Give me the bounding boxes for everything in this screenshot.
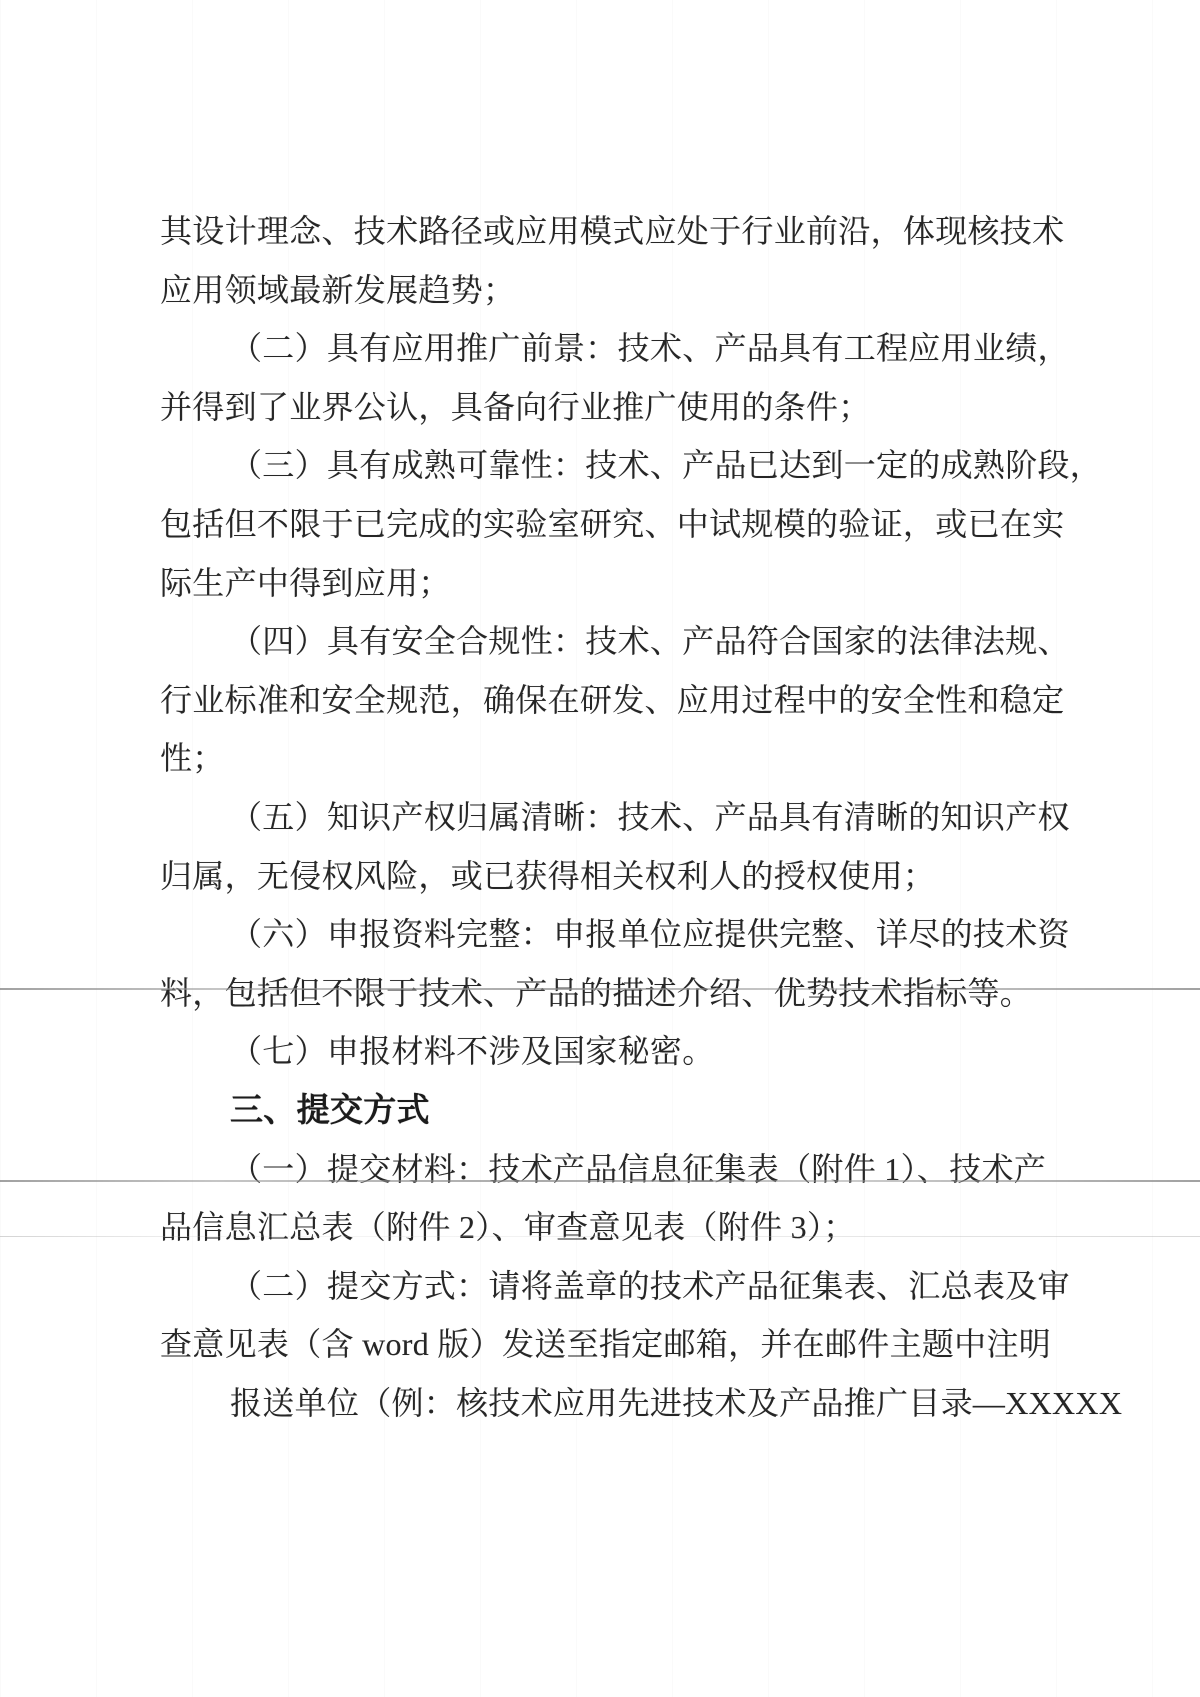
text-line: （七）申报材料不涉及国家秘密。 [160,1022,1065,1081]
text-line: （三）具有成熟可靠性：技术、产品已达到一定的成熟阶段， [160,436,1065,495]
text-line: 性； [160,729,1065,788]
text-line: （一）提交材料：技术产品信息征集表（附件 1）、技术产 [160,1140,1065,1199]
text-line: （二）提交方式：请将盖章的技术产品征集表、汇总表及审 [160,1257,1065,1316]
scanned-document-page: 其设计理念、技术路径或应用模式应处于行业前沿，体现核技术 应用领域最新发展趋势；… [0,0,1200,1697]
text-line: 报送单位（例：核技术应用先进技术及产品推广目录—XXXXX [160,1374,1065,1433]
text-line: 归属，无侵权风险，或已获得相关权利人的授权使用； [160,847,1065,906]
text-line: （四）具有安全合规性：技术、产品符合国家的法律法规、 [160,612,1065,671]
text-line: 应用领域最新发展趋势； [160,261,1065,320]
text-line: 料，包括但不限于技术、产品的描述介绍、优势技术指标等。 [160,964,1065,1023]
text-line: 行业标准和安全规范，确保在研发、应用过程中的安全性和稳定 [160,671,1065,730]
text-line: 其设计理念、技术路径或应用模式应处于行业前沿，体现核技术 [160,202,1065,261]
text-line: （二）具有应用推广前景：技术、产品具有工程应用业绩， [160,319,1065,378]
text-line: 查意见表（含 word 版）发送至指定邮箱，并在邮件主题中注明 [160,1315,1065,1374]
section-heading: 三、提交方式 [160,1081,1065,1140]
text-line: （六）申报资料完整：申报单位应提供完整、详尽的技术资 [160,905,1065,964]
text-line: （五）知识产权归属清晰：技术、产品具有清晰的知识产权 [160,788,1065,847]
text-line: 际生产中得到应用； [160,554,1065,613]
document-text-block: 其设计理念、技术路径或应用模式应处于行业前沿，体现核技术 应用领域最新发展趋势；… [160,202,1065,1432]
text-line: 包括但不限于已完成的实验室研究、中试规模的验证，或已在实 [160,495,1065,554]
text-line: 并得到了业界公认，具备向行业推广使用的条件； [160,378,1065,437]
text-line: 品信息汇总表（附件 2）、审查意见表（附件 3）； [160,1198,1065,1257]
